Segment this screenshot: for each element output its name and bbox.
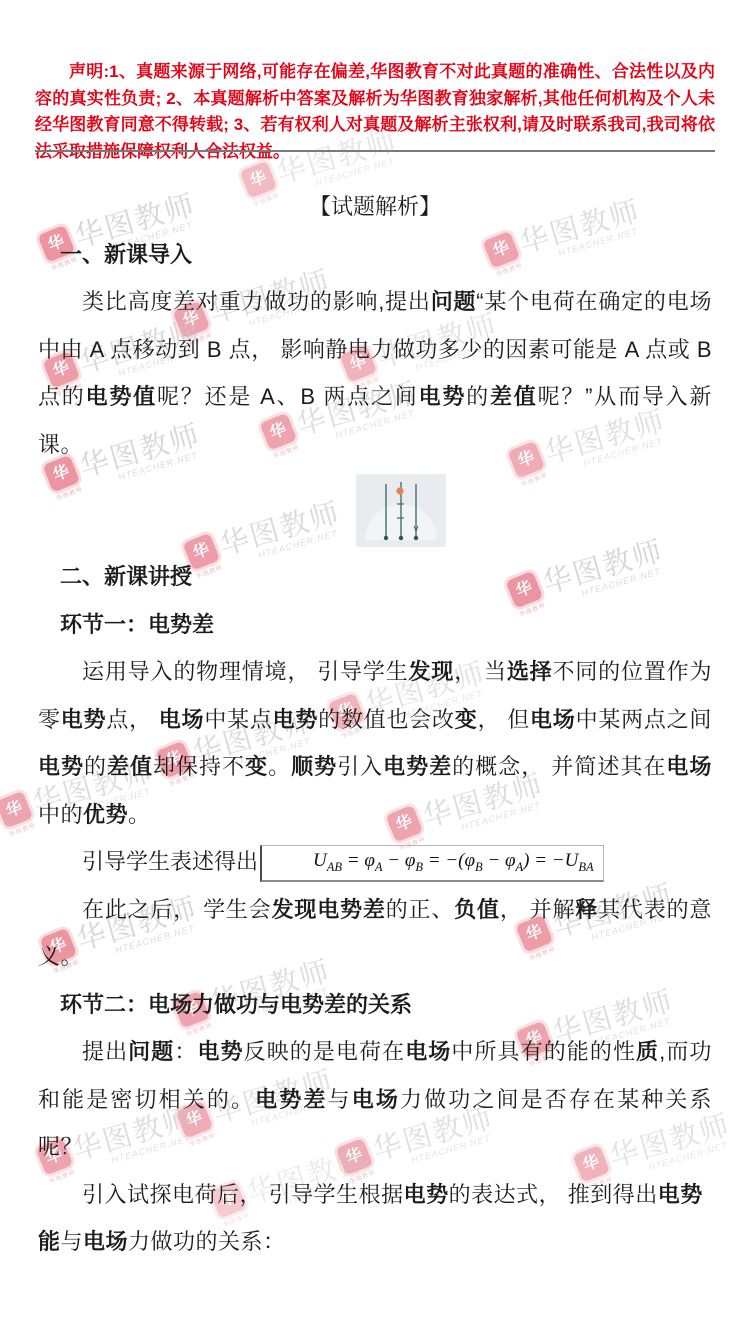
huatu-logo-icon: 华 xyxy=(0,791,33,829)
field-line-dot-left xyxy=(384,536,388,540)
paragraph-sign-meaning: 在此之后， 学生会发现电势差的正、负值， 并解释其代表的意义。 xyxy=(38,886,712,981)
subsection-heading-step1: 环节一：电势差 xyxy=(38,601,712,649)
potential-difference-formula: UAB = φA − φB = −(φB − φA) = −UBA xyxy=(260,845,604,882)
formula-line: 引导学生表述得出UAB = φA − φB = −(φB − φA) = −UB… xyxy=(38,838,712,886)
document-body: 【试题解析】 一、新课导入 类比高度差对重力做功的影响,提出问题“某个电荷在确定… xyxy=(38,183,712,1266)
figure-row xyxy=(38,468,712,553)
page-title: 【试题解析】 xyxy=(38,183,712,231)
field-line-dot-right xyxy=(414,536,418,540)
paragraph-step2-question: 提出问题：电势反映的是电荷在电场中所具有的能的性质,而功和能是密切相关的。电势差… xyxy=(38,1028,712,1171)
electric-field-demo-diagram xyxy=(356,474,446,547)
paragraph-step1: 运用导入的物理情境， 引导学生发现， 当选择不同的位置作为零电势点， 电场中某点… xyxy=(38,648,712,838)
watermark-logo-caption: 华图教师 xyxy=(8,820,37,839)
section-heading-teach: 二、新课讲授 xyxy=(38,553,712,601)
subsection-heading-step2: 环节二：电场力做功与电势差的关系 xyxy=(38,981,712,1029)
field-line-dot-middle xyxy=(399,536,403,540)
section-heading-intro: 一、新课导入 xyxy=(38,231,712,279)
formula-lead-text: 引导学生表述得出 xyxy=(82,849,258,874)
paragraph-test-charge: 引入试探电荷后， 引导学生根据电势的表达式， 推到得出电势能与电场力做功的关系： xyxy=(38,1171,712,1266)
watermark-logo-block: 华 华图教师 xyxy=(0,791,37,839)
divider-rule xyxy=(35,150,715,152)
paragraph-intro: 类比高度差对重力做功的影响,提出问题“某个电荷在确定的电场中由 A 点移动到 B… xyxy=(38,278,712,468)
test-charge-icon xyxy=(396,487,403,494)
